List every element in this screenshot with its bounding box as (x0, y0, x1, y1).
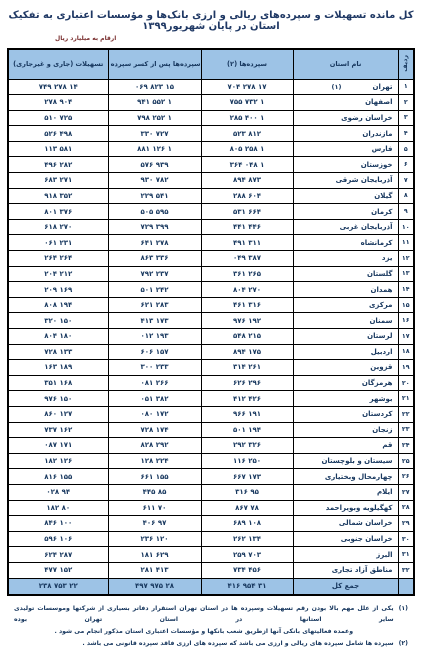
province-row: ۱۴همدان۲۷۰ ۸۰۴۲۴۲ ۵۰۱۱۶۹ ۲۰۹ (8, 282, 414, 298)
net-deposits-cell: ۴۱۳ ۲۸۱ (108, 562, 201, 578)
facilities-cell: ۵۸۱ ۱۱۳ (8, 141, 108, 157)
deposits-cell: ۱۹۴ ۵۰۱ (201, 422, 293, 438)
total-net-deposits-cell: ۲۸ ۹۷۵ ۴۹۷ (108, 578, 201, 595)
province-name-label: خراسان رضوی (341, 114, 392, 122)
province-name-cell: زنجان (293, 422, 398, 438)
deposits-cell: ۹۵ ۳۱۶ (201, 484, 293, 500)
province-row: ۶خوزستان۱ ۰۴۸ ۳۶۴۹۳۹ ۵۷۶۲۸۲ ۴۹۶ (8, 157, 414, 173)
province-name-cell: سیستان و بلوچستان (293, 453, 398, 469)
net-deposits-cell: ۵۴۱ ۲۲۹ (108, 188, 201, 204)
row-number-cell: ۲۶ (398, 469, 414, 485)
province-row: ۲اصفهان۱ ۷۳۲ ۷۵۵۱ ۵۵۲ ۹۴۱۹۰۴ ۲۷۸ (8, 95, 414, 111)
footnote-2: (۲) سپرده ها شامل سپرده های ریالی و ارزی… (14, 638, 408, 649)
province-name-label: کرمانشاه (361, 239, 393, 247)
row-number-cell: ۳۰ (398, 531, 414, 547)
row-number-cell: ۹ (398, 204, 414, 220)
deposits-cell: ۱ ۴۰۰ ۲۸۵ (201, 110, 293, 126)
row-number-cell: ۲۹ (398, 516, 414, 532)
facilities-cell: ۱۴ ۲۷۸ ۷۴۹ (8, 79, 108, 95)
facilities-cell: ۱۶۹ ۲۰۹ (8, 282, 108, 298)
row-number-cell: ۲۷ (398, 484, 414, 500)
province-name-label: کرمان (371, 208, 392, 216)
facilities-cell: ۱۲۷ ۸۶۰ (8, 406, 108, 422)
province-name-label: کهگیلویه وبویراحمد (326, 504, 393, 512)
deposits-cell: ۱۹۲ ۹۷۶ (201, 313, 293, 329)
province-name-label: چهارمحال وبختیاری (325, 473, 393, 481)
province-name-label: هرمزگان (362, 379, 393, 387)
row-number-cell: ۲ (398, 95, 414, 111)
province-name-label: خراسان جنوبی (341, 535, 393, 543)
total-row-number-cell (398, 578, 414, 595)
province-name-cell: البرز (293, 547, 398, 563)
facilities-cell: ۲۷۰ ۶۱۸ (8, 219, 108, 235)
col-header-net-deposits: سپرده‌ها پس از کسر سپرده قانونی (108, 49, 201, 79)
net-deposits-cell: ۱۵ ۸۲۳ ۰۶۹ (108, 79, 201, 95)
net-deposits-cell: ۳۸۲ ۰۵۱ (108, 391, 201, 407)
deposits-cell: ۳۲۶ ۲۹۲ (201, 438, 293, 454)
province-row: ۲۳زنجان۱۹۴ ۵۰۱۱۷۴ ۷۲۸۱۶۲ ۷۳۷ (8, 422, 414, 438)
province-row: ۹کرمان۶۶۴ ۵۳۱۵۹۵ ۵۰۵۳۷۶ ۸۰۱ (8, 204, 414, 220)
facilities-cell: ۹۴ ۰۲۸ (8, 484, 108, 500)
province-row: ۳۱البرز۷۰۳ ۲۵۹۶۲۹ ۱۸۱۲۸۷ ۶۲۴ (8, 547, 414, 563)
province-row: ۲۴قم۳۲۶ ۲۹۲۲۹۲ ۸۲۸۱۷۱ ۰۸۷ (8, 438, 414, 454)
deposits-cell: ۴۲۶ ۴۱۲ (201, 391, 293, 407)
deposits-cell: ۱ ۲۵۸ ۸۰۵ (201, 141, 293, 157)
facilities-cell: ۱۰۶ ۵۹۶ (8, 531, 108, 547)
net-deposits-cell: ۲۳۳ ۳۰۰ (108, 360, 201, 376)
net-deposits-cell: ۲۷۸ ۶۴۱ (108, 235, 201, 251)
row-number-cell: ۲۲ (398, 406, 414, 422)
province-name-label: لرستان (367, 332, 392, 340)
report-title: کل مانده تسهیلات و سپرده‌های ریالی و ارز… (0, 0, 422, 32)
net-deposits-cell: ۲۶۶ ۰۸۱ (108, 375, 201, 391)
province-row: ۸گیلان۶۰۴ ۲۸۸۵۴۱ ۲۲۹۳۵۲ ۹۱۸ (8, 188, 414, 204)
province-name-cell: مرکزی (293, 297, 398, 313)
province-row: ۱۱کرمانشاه۳۱۱ ۴۹۱۲۷۸ ۶۴۱۲۳۱ ۰۶۱ (8, 235, 414, 251)
row-number-cell: ۱۲ (398, 251, 414, 267)
facilities-cell: ۱۰۰ ۸۴۶ (8, 516, 108, 532)
net-deposits-cell: ۸۵ ۴۴۵ (108, 484, 201, 500)
unit-label: ارقام به میلیارد ریال (55, 35, 116, 42)
footnote-2-text: سپرده ها شامل سپرده های ریالی و ارزی می … (14, 638, 394, 649)
header-row: ردیف نام استان سپرده‌ها (۲) سپرده‌ها پس … (8, 49, 414, 79)
deposits-cell: ۱۰۸ ۶۸۹ (201, 516, 293, 532)
net-deposits-cell: ۳۳۶ ۸۶۳ (108, 251, 201, 267)
net-deposits-cell: ۱۲۰ ۲۳۶ (108, 531, 201, 547)
province-row: ۵فارس۱ ۲۵۸ ۸۰۵۱ ۱۲۶ ۸۸۱۵۸۱ ۱۱۳ (8, 141, 414, 157)
deposits-cell: ۶۶۴ ۵۳۱ (201, 204, 293, 220)
net-deposits-cell: ۲۲۴ ۱۲۸ (108, 453, 201, 469)
row-number-cell: ۲۸ (398, 500, 414, 516)
province-row: ۷آذربایجان شرقی۸۷۳ ۸۹۴۷۸۲ ۹۳۰۲۷۱ ۶۸۳ (8, 173, 414, 189)
row-number-cell: ۸ (398, 188, 414, 204)
net-deposits-cell: ۲۴۲ ۵۰۱ (108, 282, 201, 298)
province-name-cell: کرمانشاه (293, 235, 398, 251)
col-header-facilities: تسهیلات (جاری و غیرجاری) (8, 49, 108, 79)
facilities-cell: ۳۷۶ ۸۰۱ (8, 204, 108, 220)
province-name-cell: کرمان (293, 204, 398, 220)
deposits-cell: ۱۷۵ ۸۹۴ (201, 344, 293, 360)
province-row: ۲۰هرمزگان۲۹۶ ۶۲۶۲۶۶ ۰۸۱۱۶۸ ۳۵۱ (8, 375, 414, 391)
net-deposits-cell: ۳۹۹ ۷۲۹ (108, 219, 201, 235)
province-name-label: خراسان شمالی (339, 519, 393, 527)
facilities-cell: ۱۳۳ ۷۲۸ (8, 344, 108, 360)
facilities-cell: ۲۸۲ ۴۹۶ (8, 157, 108, 173)
row-number-cell: ۱۶ (398, 313, 414, 329)
row-number-cell: ۱۳ (398, 266, 414, 282)
net-deposits-cell: ۷۰ ۶۱۱ (108, 500, 201, 516)
net-deposits-cell: ۵۹۵ ۵۰۵ (108, 204, 201, 220)
net-deposits-cell: ۷۲۷ ۳۳۰ (108, 126, 201, 142)
row-number-cell: ۵ (398, 141, 414, 157)
deposits-cell: ۲۹۶ ۶۲۶ (201, 375, 293, 391)
facilities-cell: ۱۵۰ ۳۲۰ (8, 313, 108, 329)
row-number-cell: ۱۱ (398, 235, 414, 251)
row-number-cell: ۶ (398, 157, 414, 173)
row-number-cell: ۱ (398, 79, 414, 95)
province-name-label: قزوین (370, 363, 392, 371)
province-name-cell: خراسان شمالی (293, 516, 398, 532)
facilities-cell: ۷۲۵ ۵۱۰ (8, 110, 108, 126)
facilities-cell: ۳۵۲ ۹۱۸ (8, 188, 108, 204)
province-name-label: گیلان (374, 192, 392, 200)
province-name-cell: قم (293, 438, 398, 454)
facilities-cell: ۲۱۲ ۲۰۴ (8, 266, 108, 282)
province-row: ۱۳گلستان۲۶۵ ۳۶۱۲۳۷ ۷۹۲۲۱۲ ۲۰۴ (8, 266, 414, 282)
province-row: ۱۷لرستان۲۱۵ ۵۴۸۱۹۳ ۰۱۲۱۸۰ ۸۰۴ (8, 329, 414, 345)
province-name-label: اردبیل (371, 348, 393, 356)
row-number-header-label: ردیف (403, 55, 409, 72)
deposits-cell: ۷۸ ۸۶۷ (201, 500, 293, 516)
facilities-cell: ۲۷۱ ۶۸۳ (8, 173, 108, 189)
province-name-cell: چهارمحال وبختیاری (293, 469, 398, 485)
row-number-cell: ۴ (398, 126, 414, 142)
deposits-cell: ۱ ۷۳۲ ۷۵۵ (201, 95, 293, 111)
row-number-cell: ۲۰ (398, 375, 414, 391)
province-name-label: گلستان (367, 270, 393, 278)
row-number-cell: ۱۹ (398, 360, 414, 376)
facilities-cell: ۱۷۱ ۰۸۷ (8, 438, 108, 454)
province-name-cell: یزد (293, 251, 398, 267)
col-header-deposits: سپرده‌ها (۲) (201, 49, 293, 79)
province-row: ۱تهران(۱)۱۷ ۲۷۸ ۷۰۴۱۵ ۸۲۳ ۰۶۹۱۴ ۲۷۸ ۷۴۹ (8, 79, 414, 95)
deposits-cell: ۶۰۴ ۲۸۸ (201, 188, 293, 204)
net-deposits-cell: ۹۷ ۴۰۶ (108, 516, 201, 532)
table-body: ۱تهران(۱)۱۷ ۲۷۸ ۷۰۴۱۵ ۸۲۳ ۰۶۹۱۴ ۲۷۸ ۷۴۹۲… (8, 79, 414, 578)
deposits-cell: ۳۸۷ ۰۴۹ (201, 251, 293, 267)
province-name-cell: اصفهان (293, 95, 398, 111)
col-header-row-number: ردیف (398, 49, 414, 79)
deposits-cell: ۱ ۰۴۸ ۳۶۴ (201, 157, 293, 173)
total-facilities-cell: ۲۲ ۷۵۳ ۲۳۸ (8, 578, 108, 595)
row-number-cell: ۲۵ (398, 453, 414, 469)
net-deposits-cell: ۱۹۳ ۰۱۲ (108, 329, 201, 345)
net-deposits-cell: ۱۷۳ ۴۱۳ (108, 313, 201, 329)
deposits-cell: ۴۴۶ ۴۴۱ (201, 219, 293, 235)
row-number-cell: ۷ (398, 173, 414, 189)
province-row: ۲۷ایلام۹۵ ۳۱۶۸۵ ۴۴۵۹۴ ۰۲۸ (8, 484, 414, 500)
row-number-cell: ۲۱ (398, 391, 414, 407)
deposits-cell: ۲۱۵ ۵۴۸ (201, 329, 293, 345)
footnote-1: (۱) یکی از علل مهم بالا بودن رقم تسهیلات… (14, 603, 408, 637)
province-row: ۳خراسان رضوی۱ ۴۰۰ ۲۸۵۱ ۲۵۲ ۷۹۸۷۲۵ ۵۱۰ (8, 110, 414, 126)
net-deposits-cell: ۱۵۷ ۶۰۶ (108, 344, 201, 360)
province-row: ۲۱بوشهر۴۲۶ ۴۱۲۳۸۲ ۰۵۱۱۵۰ ۹۷۶ (8, 391, 414, 407)
province-name-label: اصفهان (365, 98, 392, 106)
net-deposits-cell: ۲۹۲ ۸۲۸ (108, 438, 201, 454)
province-row: ۱۵مرکزی۳۱۶ ۴۶۱۲۸۳ ۶۲۱۱۹۴ ۸۰۸ (8, 297, 414, 313)
facilities-cell: ۴۹۸ ۵۲۶ (8, 126, 108, 142)
province-name-label: خوزستان (361, 161, 393, 169)
col-header-province-name: نام استان (293, 49, 398, 79)
province-name-cell: مناطق آزاد تجاری (293, 562, 398, 578)
province-name-label: سمنان (369, 317, 392, 325)
province-name-cell: آذربایجان غربی (293, 219, 398, 235)
footnote-2-marker: (۲) (399, 638, 408, 649)
province-name-label: آذربایجان شرقی (336, 176, 393, 184)
province-name-cell: فارس (293, 141, 398, 157)
province-name-cell: خراسان رضوی (293, 110, 398, 126)
facilities-cell: ۱۲۶ ۱۸۲ (8, 453, 108, 469)
province-name-cell: ایلام (293, 484, 398, 500)
deposits-cell: ۱۳۴ ۲۶۲ (201, 531, 293, 547)
facilities-cell: ۲۸۷ ۶۲۴ (8, 547, 108, 563)
deposits-cell: ۴۵۶ ۷۳۴ (201, 562, 293, 578)
province-name-cell: لرستان (293, 329, 398, 345)
province-name-label: البرز (376, 551, 392, 559)
province-name-cell: سمنان (293, 313, 398, 329)
province-name-label: همدان (371, 286, 393, 294)
facilities-cell: ۲۶۴ ۲۶۴ (8, 251, 108, 267)
province-name-cell: تهران(۱) (293, 79, 398, 95)
province-row: ۱۸اردبیل۱۷۵ ۸۹۴۱۵۷ ۶۰۶۱۳۳ ۷۲۸ (8, 344, 414, 360)
province-name-cell: هرمزگان (293, 375, 398, 391)
province-name-label: قم (382, 441, 392, 449)
report-page: کل مانده تسهیلات و سپرده‌های ریالی و ارز… (0, 0, 422, 669)
province-row: ۴مازندران۸۱۲ ۵۲۳۷۲۷ ۳۳۰۴۹۸ ۵۲۶ (8, 126, 414, 142)
province-name-cell: کردستان (293, 406, 398, 422)
footnote-reference: (۱) (332, 83, 342, 91)
deposits-cell: ۳۱۱ ۴۹۱ (201, 235, 293, 251)
row-number-cell: ۲۴ (398, 438, 414, 454)
total-deposits-cell: ۳۱ ۹۵۴ ۴۱۶ (201, 578, 293, 595)
province-row: ۱۹قزوین۲۶۱ ۳۱۴۲۳۳ ۳۰۰۱۸۹ ۱۶۳ (8, 360, 414, 376)
deposits-cell: ۸۱۲ ۵۲۳ (201, 126, 293, 142)
province-name-cell: آذربایجان شرقی (293, 173, 398, 189)
facilities-cell: ۱۹۴ ۸۰۸ (8, 297, 108, 313)
province-row: ۱۲یزد۳۸۷ ۰۴۹۳۳۶ ۸۶۳۲۶۴ ۲۶۴ (8, 251, 414, 267)
row-number-cell: ۳۱ (398, 547, 414, 563)
facilities-cell: ۱۸۹ ۱۶۳ (8, 360, 108, 376)
total-row: جمع کل ۳۱ ۹۵۴ ۴۱۶ ۲۸ ۹۷۵ ۴۹۷ ۲۲ ۷۵۳ ۲۳۸ (8, 578, 414, 595)
deposits-cell: ۱۹۱ ۹۶۶ (201, 406, 293, 422)
net-deposits-cell: ۱ ۱۲۶ ۸۸۱ (108, 141, 201, 157)
province-name-cell: کهگیلویه وبویراحمد (293, 500, 398, 516)
facilities-cell: ۱۸۰ ۸۰۴ (8, 329, 108, 345)
province-name-label: کردستان (362, 410, 392, 418)
deposits-cell: ۱۷۳ ۶۶۷ (201, 469, 293, 485)
facilities-cell: ۹۰۴ ۲۷۸ (8, 95, 108, 111)
province-name-label: مازندران (362, 130, 392, 138)
row-number-cell: ۱۵ (398, 297, 414, 313)
net-deposits-cell: ۲۸۳ ۶۲۱ (108, 297, 201, 313)
province-name-cell: مازندران (293, 126, 398, 142)
deposits-cell: ۱۷ ۲۷۸ ۷۰۴ (201, 79, 293, 95)
row-number-cell: ۲۳ (398, 422, 414, 438)
facilities-cell: ۱۵۲ ۴۷۷ (8, 562, 108, 578)
footnote-1-line2: وعمده فعالیتهای بانکی آنها ازطریق شعب با… (14, 626, 394, 637)
province-row: ۲۶چهارمحال وبختیاری۱۷۳ ۶۶۷۱۵۵ ۶۶۱۱۵۵ ۸۱۶ (8, 469, 414, 485)
net-deposits-cell: ۱۷۴ ۷۲۸ (108, 422, 201, 438)
province-row: ۲۲کردستان۱۹۱ ۹۶۶۱۷۲ ۰۸۰۱۲۷ ۸۶۰ (8, 406, 414, 422)
province-name-label: مناطق آزاد تجاری (332, 566, 393, 574)
province-name-cell: اردبیل (293, 344, 398, 360)
province-name-label: فارس (372, 145, 393, 153)
net-deposits-cell: ۱ ۵۵۲ ۹۴۱ (108, 95, 201, 111)
facilities-cell: ۱۶۸ ۳۵۱ (8, 375, 108, 391)
province-row: ۲۹خراسان شمالی۱۰۸ ۶۸۹۹۷ ۴۰۶۱۰۰ ۸۴۶ (8, 516, 414, 532)
net-deposits-cell: ۱ ۲۵۲ ۷۹۸ (108, 110, 201, 126)
footnotes: (۱) یکی از علل مهم بالا بودن رقم تسهیلات… (14, 603, 408, 650)
total-label-cell: جمع کل (293, 578, 398, 595)
facilities-cell: ۱۵۰ ۹۷۶ (8, 391, 108, 407)
province-row: ۱۶سمنان۱۹۲ ۹۷۶۱۷۳ ۴۱۳۱۵۰ ۳۲۰ (8, 313, 414, 329)
footnote-1-line1: یکی از علل مهم بالا بودن رقم تسهیلات وسپ… (14, 603, 394, 626)
province-name-label: سیستان و بلوچستان (321, 457, 392, 465)
province-row: ۲۵سیستان و بلوچستان۲۵۰ ۱۱۶۲۲۴ ۱۲۸۱۲۶ ۱۸۲ (8, 453, 414, 469)
deposits-cell: ۸۷۳ ۸۹۴ (201, 173, 293, 189)
net-deposits-cell: ۶۲۹ ۱۸۱ (108, 547, 201, 563)
row-number-cell: ۳ (398, 110, 414, 126)
province-row: ۳۲مناطق آزاد تجاری۴۵۶ ۷۳۴۴۱۳ ۲۸۱۱۵۲ ۴۷۷ (8, 562, 414, 578)
province-row: ۱۰آذربایجان غربی۴۴۶ ۴۴۱۳۹۹ ۷۲۹۲۷۰ ۶۱۸ (8, 219, 414, 235)
province-name-label: زنجان (372, 426, 392, 434)
province-name-label: ایلام (377, 488, 392, 496)
province-name-label: تهران (373, 83, 393, 91)
row-number-cell: ۱۷ (398, 329, 414, 345)
net-deposits-cell: ۱۵۵ ۶۶۱ (108, 469, 201, 485)
province-name-label: مرکزی (369, 301, 393, 309)
province-row: ۲۸کهگیلویه وبویراحمد۷۸ ۸۶۷۷۰ ۶۱۱۸۰ ۱۸۲ (8, 500, 414, 516)
province-name-cell: گلستان (293, 266, 398, 282)
row-number-cell: ۱۴ (398, 282, 414, 298)
province-name-label: یزد (382, 254, 393, 262)
province-row: ۳۰خراسان جنوبی۱۳۴ ۲۶۲۱۲۰ ۲۳۶۱۰۶ ۵۹۶ (8, 531, 414, 547)
footnote-1-marker: (۱) (399, 603, 408, 614)
province-name-cell: خراسان جنوبی (293, 531, 398, 547)
deposits-cell: ۷۰۳ ۲۵۹ (201, 547, 293, 563)
deposits-cell: ۲۵۰ ۱۱۶ (201, 453, 293, 469)
row-number-cell: ۳۲ (398, 562, 414, 578)
province-name-cell: قزوین (293, 360, 398, 376)
row-number-cell: ۱۰ (398, 219, 414, 235)
facilities-cell: ۸۰ ۱۸۲ (8, 500, 108, 516)
province-name-label: آذربایجان غربی (340, 223, 393, 231)
facilities-cell: ۲۳۱ ۰۶۱ (8, 235, 108, 251)
facilities-cell: ۱۶۲ ۷۳۷ (8, 422, 108, 438)
province-name-cell: همدان (293, 282, 398, 298)
net-deposits-cell: ۹۳۹ ۵۷۶ (108, 157, 201, 173)
deposits-cell: ۲۶۵ ۳۶۱ (201, 266, 293, 282)
province-name-cell: بوشهر (293, 391, 398, 407)
province-name-cell: خوزستان (293, 157, 398, 173)
deposits-cell: ۲۷۰ ۸۰۴ (201, 282, 293, 298)
province-name-cell: گیلان (293, 188, 398, 204)
net-deposits-cell: ۱۷۲ ۰۸۰ (108, 406, 201, 422)
province-name-label: بوشهر (370, 395, 393, 403)
deposits-cell: ۳۱۶ ۴۶۱ (201, 297, 293, 313)
province-deposits-table: ردیف نام استان سپرده‌ها (۲) سپرده‌ها پس … (7, 48, 415, 596)
net-deposits-cell: ۷۸۲ ۹۳۰ (108, 173, 201, 189)
row-number-cell: ۱۸ (398, 344, 414, 360)
net-deposits-cell: ۲۳۷ ۷۹۲ (108, 266, 201, 282)
facilities-cell: ۱۵۵ ۸۱۶ (8, 469, 108, 485)
deposits-cell: ۲۶۱ ۳۱۴ (201, 360, 293, 376)
